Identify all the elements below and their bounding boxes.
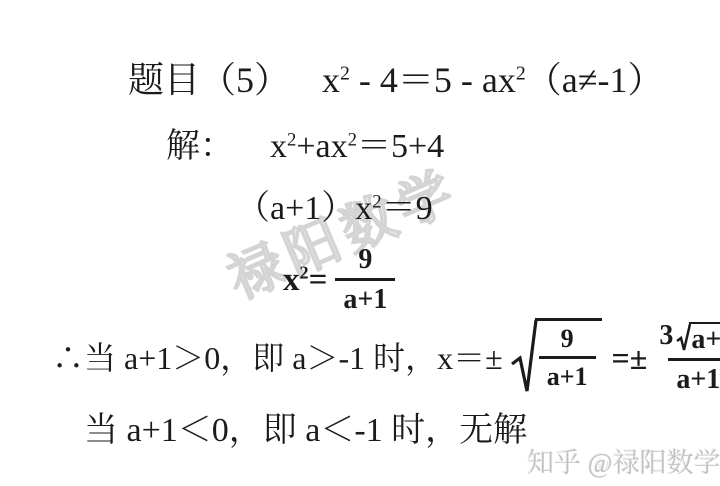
superscript: 2 (287, 131, 296, 150)
fraction-9-over-a-plus-1: 9 a+1 (335, 246, 395, 314)
problem-label: 题目（5） (128, 60, 290, 100)
step3-lhs: x2= (283, 264, 327, 297)
fraction-9-over-a-plus-1: 9 a+1 (539, 326, 596, 390)
fraction-numerator: 9 (553, 326, 582, 356)
case-positive-prefix: ∴当 a+1＞0，即 a＞-1 时，x＝± (52, 342, 503, 374)
zhihu-watermark: 知乎 @禄阳数学 (527, 441, 720, 480)
solution-step1-equation: x2+ax2＝5+4 (270, 128, 444, 165)
superscript: 2 (340, 65, 350, 85)
fraction-denominator: a+1 (335, 278, 395, 314)
superscript: 2 (300, 263, 309, 281)
math-solution-page: { "colors": { "text": "#1b1b1b", "waterm… (0, 0, 720, 486)
coefficient: 3 (659, 322, 673, 350)
solution-step3-line: x2= 9 a+1 (283, 242, 397, 318)
square-root-expression: 9 a+1 (511, 318, 602, 398)
solution-step2-line: （a+1）x2＝9 (236, 192, 433, 226)
result-denominator: a+1 (668, 358, 720, 394)
problem-line: 题目（5）x2 - 4＝5 - ax2（a≠-1） (128, 62, 664, 98)
superscript: 2 (516, 65, 526, 85)
radicand: a+1 (689, 322, 720, 354)
case-negative-line: 当 a+1＜0，即 a＜-1 时，无解 (84, 414, 527, 448)
superscript: 2 (348, 131, 357, 150)
radicand: 9 a+1 (535, 318, 602, 390)
faint-watermark: du (594, 456, 609, 473)
solution-label: 解： (166, 128, 234, 165)
solution-step1-line: 解：x2+ax2＝5+4 (166, 130, 444, 164)
problem-equation: x2 - 4＝5 - ax2（a≠-1） (322, 60, 663, 100)
fraction-numerator: 9 (350, 246, 380, 278)
superscript: 2 (372, 193, 381, 212)
equals-plus-minus: =± (612, 342, 648, 374)
radical-sign-icon (511, 318, 538, 398)
case-positive-line: ∴当 a+1＞0，即 a＞-1 时，x＝± 9 a+1 =± 3 a+1 a+1 (52, 314, 720, 402)
small-square-root: a+1 (676, 322, 720, 354)
result-fraction: 3 a+1 a+1 (653, 322, 720, 394)
result-numerator: 3 a+1 (653, 322, 720, 358)
fraction-denominator: a+1 (539, 356, 596, 390)
